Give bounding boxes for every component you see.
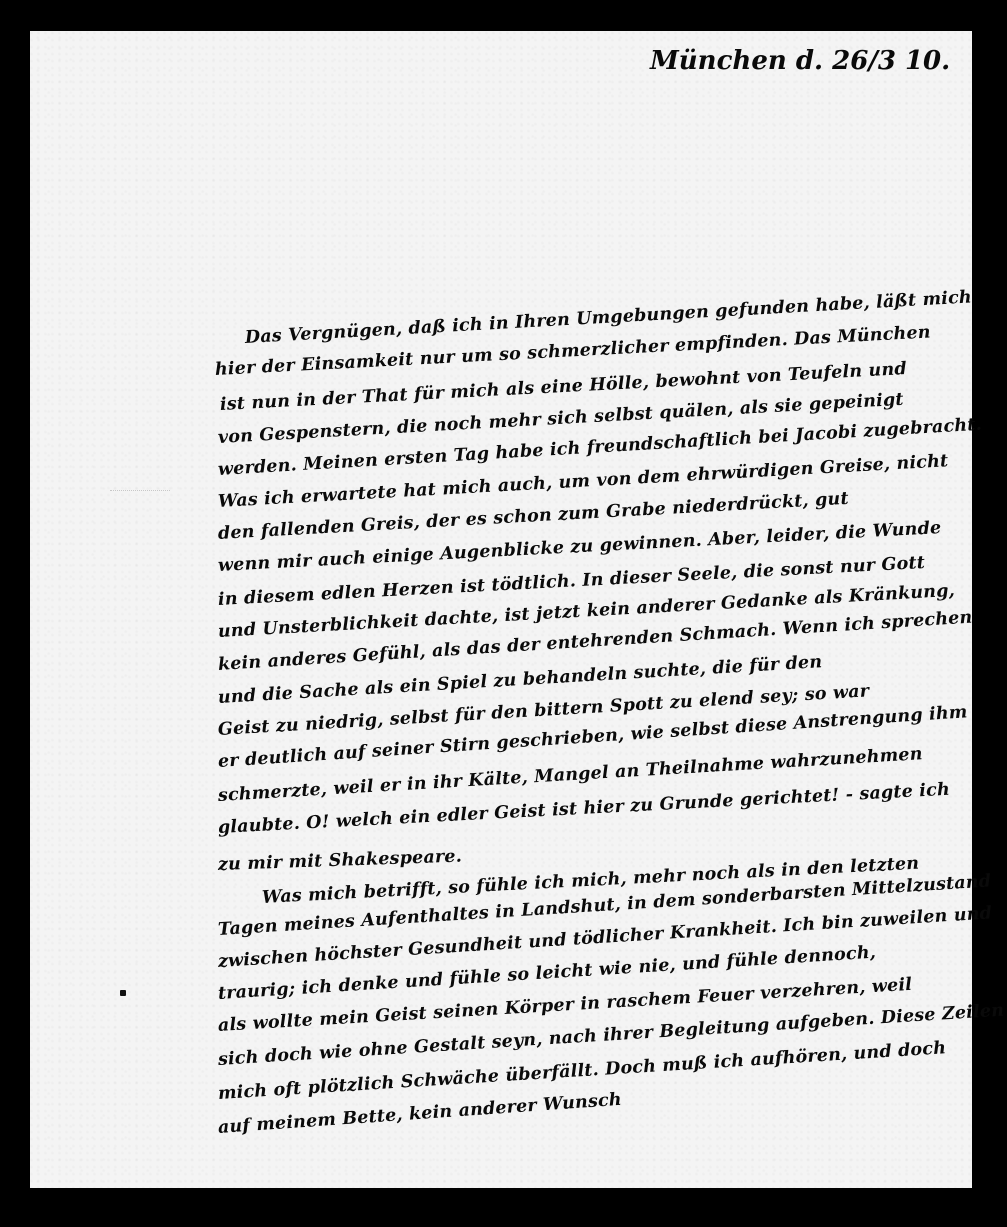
letter-dateline: München d. 26/3 10. [650,46,950,76]
dateline-place: München [650,46,787,76]
faint-pencil-mark [110,490,170,494]
ink-blot [120,990,126,996]
dateline-date: 26/3 10. [832,46,950,76]
dateline-prefix: d. [796,46,823,76]
